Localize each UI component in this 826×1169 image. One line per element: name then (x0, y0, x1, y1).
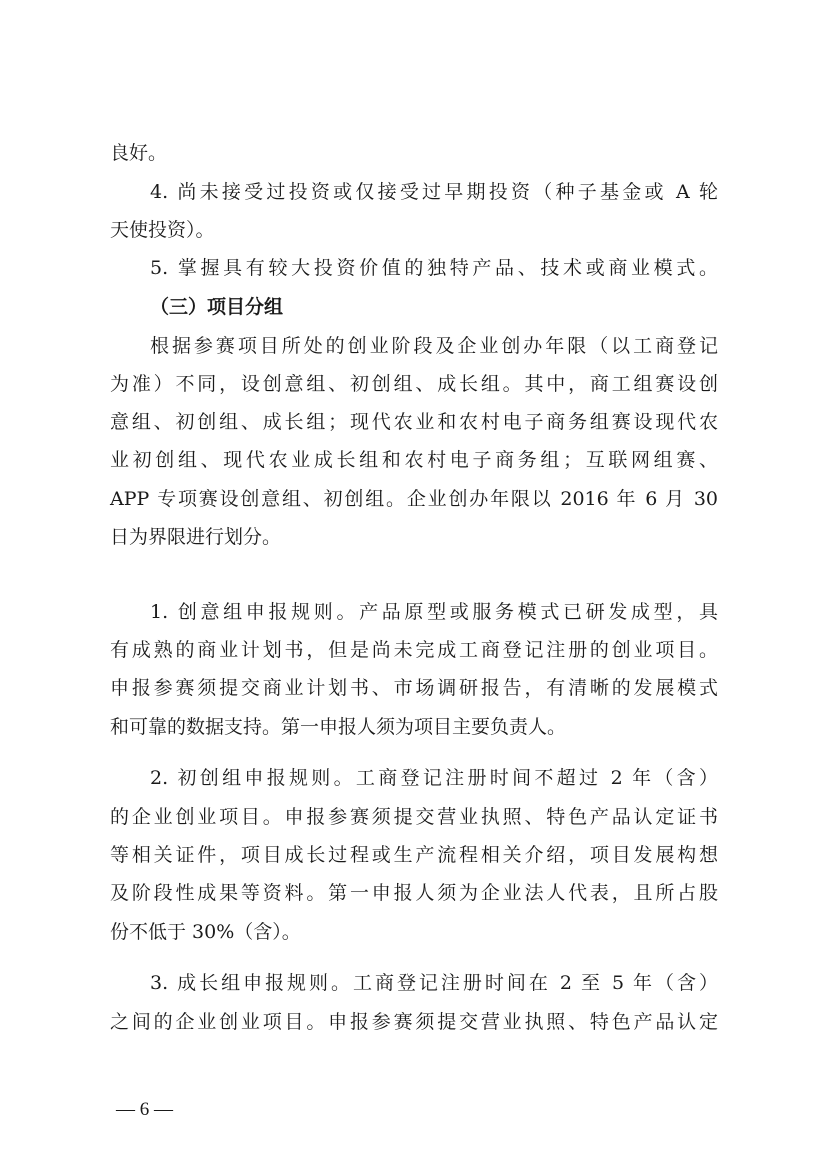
text-line: 有成熟的商业计划书，但是尚未完成工商登记注册的创业项目。 (110, 638, 718, 662)
text-line: 及阶段性成果等资料。第一申报人须为企业法人代表，且所占股 (110, 881, 718, 905)
text-line: 1. 创意组申报规则。产品原型或服务模式已研发成型，具 (150, 600, 718, 624)
text-line: 天使投资）。 (110, 218, 718, 242)
text-line: 2. 初创组申报规则。工商登记注册时间不超过 2 年（含） (150, 766, 718, 790)
text-line: 的企业创业项目。申报参赛须提交营业执照、特色产品认定证书 (110, 805, 718, 829)
text-line: 良好。 (110, 141, 718, 165)
text-line: 5. 掌握具有较大投资价值的独特产品、技术或商业模式。 (150, 256, 718, 280)
text-line: 为准）不同，设创意组、初创组、成长组。其中，商工组赛设创 (110, 372, 718, 396)
text-line: 4. 尚未接受过投资或仅接受过早期投资（种子基金或 A 轮 (150, 180, 718, 204)
text-line: 等相关证件，项目成长过程或生产流程相关介绍，项目发展构想 (110, 843, 718, 867)
document-page: 良好。4. 尚未接受过投资或仅接受过早期投资（种子基金或 A 轮天使投资）。5.… (0, 0, 826, 1169)
text-line: 3. 成长组申报规则。工商登记注册时间在 2 至 5 年（含） (150, 971, 718, 995)
text-line: 申报参赛须提交商业计划书、市场调研报告，有清晰的发展模式 (110, 676, 718, 700)
text-line: APP 专项赛设创意组、初创组。企业创办年限以 2016 年 6 月 30 (110, 487, 718, 511)
text-line: 日为界限进行划分。 (110, 525, 718, 549)
section-heading: （三）项目分组 (150, 295, 718, 319)
text-line: 业初创组、现代农业成长组和农村电子商务组；互联网组赛、 (110, 448, 718, 472)
text-line: 之间的企业创业项目。申报参赛须提交营业执照、特色产品认定 (110, 1010, 718, 1034)
text-line: 和可靠的数据支持。第一申报人须为项目主要负责人。 (110, 715, 718, 739)
page-number: — 6 — (116, 1098, 173, 1122)
text-line: 意组、初创组、成长组；现代农业和农村电子商务组赛设现代农 (110, 410, 718, 434)
text-line: 根据参赛项目所处的创业阶段及企业创办年限（以工商登记 (150, 334, 718, 358)
text-line: 份不低于 30%（含）。 (110, 920, 718, 944)
